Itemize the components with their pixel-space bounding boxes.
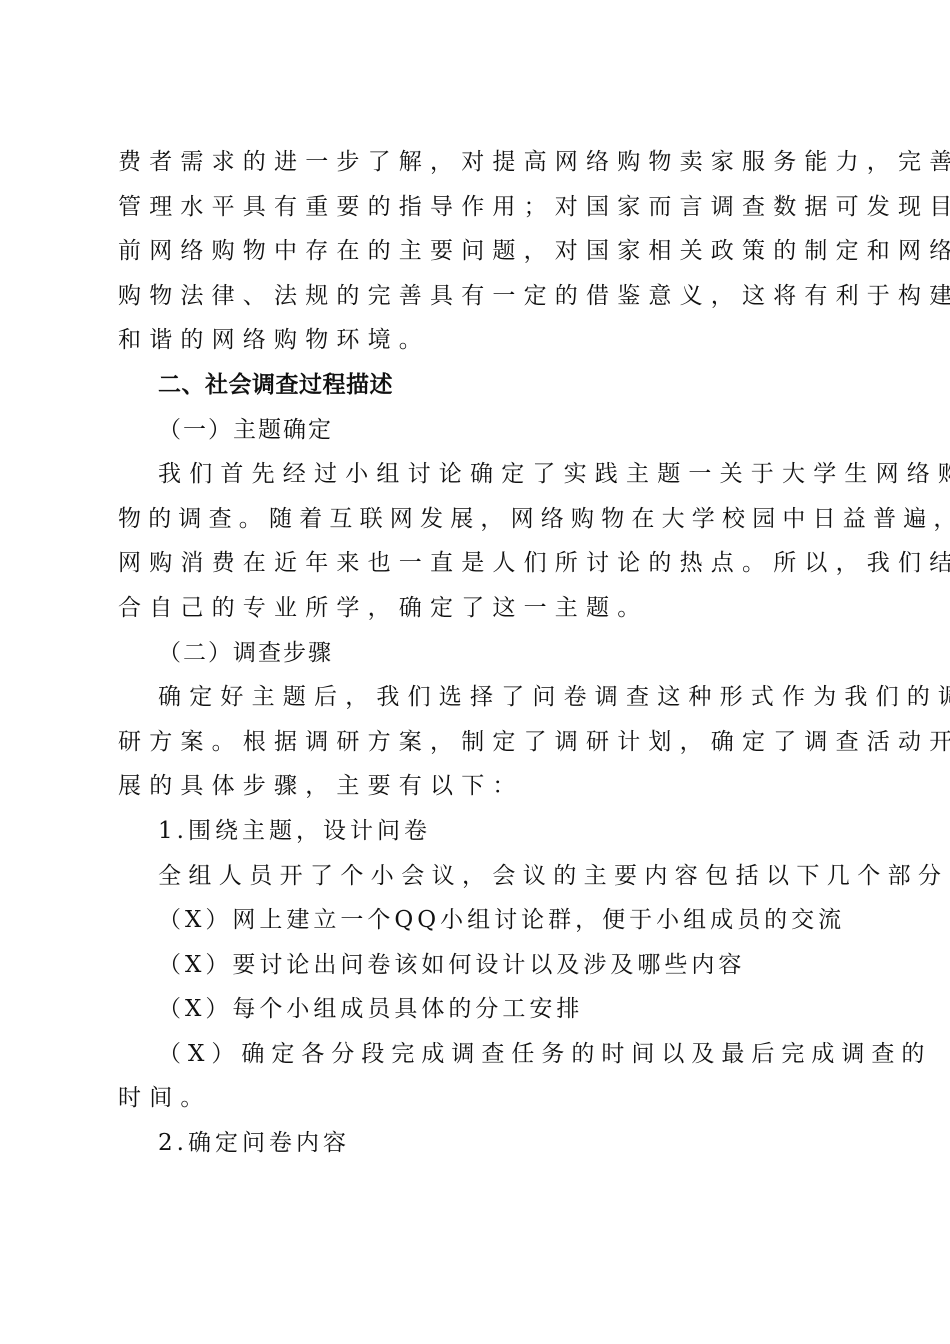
subsection-heading-topic: （一）主题确定 [118, 408, 828, 453]
text-line: 购物法律、法规的完善具有一定的借鉴意义，这将有利于构建 [118, 274, 828, 319]
steps-paragraph: 确定好主题后，我们选择了问卷调查这种形式作为我们的调 研方案。根据调研方案，制定… [118, 675, 828, 809]
text-line: 确定好主题后，我们选择了问卷调查这种形式作为我们的调 [118, 675, 828, 720]
intro-paragraph: 费者需求的进一步了解，对提高网络购物卖家服务能力，完善 管理水平具有重要的指导作… [118, 140, 828, 363]
text-line: 合自己的专业所学，确定了这一主题。 [118, 586, 828, 631]
text-line: 展的具体步骤，主要有以下： [118, 764, 828, 809]
text-line: 网购消费在近年来也一直是人们所讨论的热点。所以，我们结 [118, 541, 828, 586]
list-item: （X）确定各分段完成调查任务的时间以及最后完成调查的 [118, 1032, 828, 1077]
list-item: （X）每个小组成员具体的分工安排 [118, 987, 828, 1032]
step-2-heading: 2.确定问卷内容 [118, 1121, 828, 1166]
text-line: 物的调查。随着互联网发展，网络购物在大学校园中日益普遍， [118, 497, 828, 542]
step-1-intro: 全组人员开了个小会议，会议的主要内容包括以下几个部分： [118, 854, 828, 899]
list-item: （X）要讨论出问卷该如何设计以及涉及哪些内容 [118, 943, 828, 988]
text-line: 和谐的网络购物环境。 [118, 318, 828, 363]
text-line: 前网络购物中存在的主要问题，对国家相关政策的制定和网络 [118, 229, 828, 274]
topic-paragraph: 我们首先经过小组讨论确定了实践主题一关于大学生网络购 物的调查。随着互联网发展，… [118, 452, 828, 630]
document-page: 费者需求的进一步了解，对提高网络购物卖家服务能力，完善 管理水平具有重要的指导作… [118, 140, 828, 1166]
list-item: （X）网上建立一个QQ小组讨论群，便于小组成员的交流 [118, 898, 828, 943]
step-1-heading: 1.围绕主题，设计问卷 [118, 809, 828, 854]
section-heading: 二、社会调查过程描述 [118, 363, 828, 408]
subsection-heading-steps: （二）调查步骤 [118, 631, 828, 676]
text-line: 我们首先经过小组讨论确定了实践主题一关于大学生网络购 [118, 452, 828, 497]
text-line: 管理水平具有重要的指导作用；对国家而言调查数据可发现目 [118, 185, 828, 230]
list-item-continuation: 时间。 [118, 1076, 828, 1121]
text-line: 费者需求的进一步了解，对提高网络购物卖家服务能力，完善 [118, 140, 828, 185]
text-line: 研方案。根据调研方案，制定了调研计划，确定了调查活动开 [118, 720, 828, 765]
step-1-items: （X）网上建立一个QQ小组讨论群，便于小组成员的交流 （X）要讨论出问卷该如何设… [118, 898, 828, 1121]
